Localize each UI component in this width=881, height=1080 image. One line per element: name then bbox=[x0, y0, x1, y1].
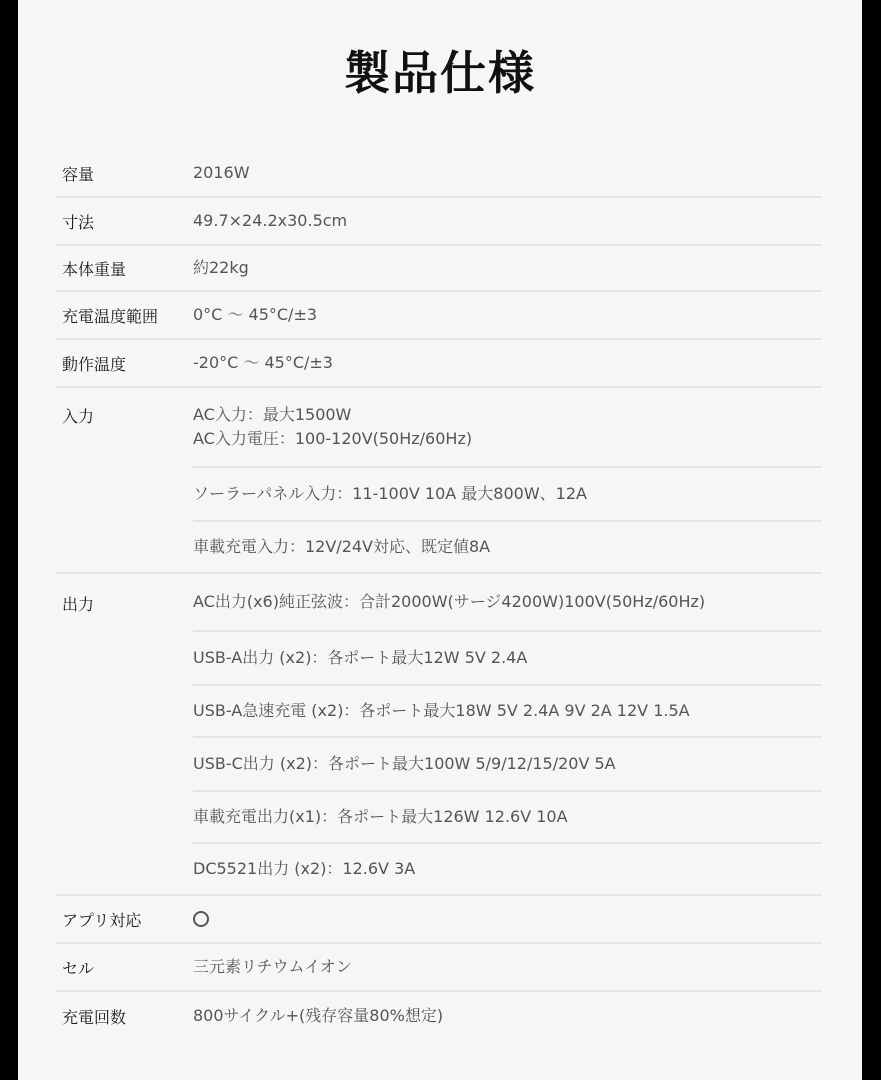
spec-value: USB-C出力 (x2)：各ポート最大100W 5/9/12/15/20V 5A bbox=[193, 752, 616, 776]
input-item: AC入力：最大1500W AC入力電圧：100-120V(50Hz/60Hz) bbox=[193, 388, 822, 468]
input-item: 車載充電入力：12V/24V対応、既定値8A bbox=[193, 522, 822, 572]
spec-label: 出力 bbox=[56, 574, 193, 894]
output-item: USB-A出力 (x2)：各ポート最大12W 5V 2.4A bbox=[193, 632, 822, 686]
spec-row-operating-temp: 動作温度 -20°C ～ 45°C/±3 bbox=[56, 340, 822, 388]
spec-value: ソーラーパネル入力：11-100V 10A 最大800W、12A bbox=[193, 482, 587, 506]
spec-value: 0°C ～ 45°C/±3 bbox=[193, 303, 822, 327]
spec-row-output: 出力 AC出力(x6)純正弦波：合計2000W(サージ4200W)100V(50… bbox=[56, 574, 822, 896]
spec-table: 容量 2016W 寸法 49.7×24.2x30.5cm 本体重量 約22kg … bbox=[56, 150, 822, 1040]
spec-label: 寸法 bbox=[56, 210, 193, 233]
spec-row-weight: 本体重量 約22kg bbox=[56, 246, 822, 292]
spec-value: 車載充電入力：12V/24V対応、既定値8A bbox=[193, 535, 490, 559]
spec-row-cycles: 充電回数 800サイクル+(残存容量80%想定) bbox=[56, 992, 822, 1040]
spec-label: 動作温度 bbox=[56, 352, 193, 375]
output-item: USB-A急速充電 (x2)：各ポート最大18W 5V 2.4A 9V 2A 1… bbox=[193, 686, 822, 738]
spec-value: AC入力電圧：100-120V(50Hz/60Hz) bbox=[193, 427, 822, 451]
spec-value: 約22kg bbox=[193, 256, 822, 280]
spec-label: アプリ対応 bbox=[56, 908, 193, 931]
spec-label: 容量 bbox=[56, 162, 193, 185]
spec-panel: 製品仕様 容量 2016W 寸法 49.7×24.2x30.5cm 本体重量 約… bbox=[18, 0, 862, 1080]
spec-value: DC5521出力 (x2)：12.6V 3A bbox=[193, 857, 415, 881]
spec-row-charge-temp: 充電温度範囲 0°C ～ 45°C/±3 bbox=[56, 292, 822, 340]
spec-value: AC入力：最大1500W bbox=[193, 403, 822, 427]
spec-value: 2016W bbox=[193, 161, 822, 185]
spec-value: USB-A出力 (x2)：各ポート最大12W 5V 2.4A bbox=[193, 646, 527, 670]
spec-label: 充電回数 bbox=[56, 1005, 193, 1028]
output-item: AC出力(x6)純正弦波：合計2000W(サージ4200W)100V(50Hz/… bbox=[193, 574, 822, 632]
spec-value: AC出力(x6)純正弦波：合計2000W(サージ4200W)100V(50Hz/… bbox=[193, 590, 705, 614]
circle-icon bbox=[193, 911, 209, 927]
spec-label: 入力 bbox=[56, 388, 193, 572]
spec-row-input: 入力 AC入力：最大1500W AC入力電圧：100-120V(50Hz/60H… bbox=[56, 388, 822, 574]
output-item: 車載充電出力(x1)：各ポート最大126W 12.6V 10A bbox=[193, 792, 822, 844]
spec-label: 充電温度範囲 bbox=[56, 304, 193, 327]
spec-row-app: アプリ対応 bbox=[56, 896, 822, 944]
spec-label: セル bbox=[56, 956, 193, 979]
spec-value: USB-A急速充電 (x2)：各ポート最大18W 5V 2.4A 9V 2A 1… bbox=[193, 699, 690, 723]
spec-row-cell: セル 三元素リチウムイオン bbox=[56, 944, 822, 992]
spec-value: 800サイクル+(残存容量80%想定) bbox=[193, 1004, 822, 1028]
spec-value: 三元素リチウムイオン bbox=[193, 955, 822, 979]
spec-value: 49.7×24.2x30.5cm bbox=[193, 209, 822, 233]
spec-row-dimensions: 寸法 49.7×24.2x30.5cm bbox=[56, 198, 822, 246]
spec-label: 本体重量 bbox=[56, 257, 193, 280]
page-title: 製品仕様 bbox=[18, 40, 862, 106]
input-item: ソーラーパネル入力：11-100V 10A 最大800W、12A bbox=[193, 468, 822, 522]
output-item: DC5521出力 (x2)：12.6V 3A bbox=[193, 844, 822, 894]
spec-row-capacity: 容量 2016W bbox=[56, 150, 822, 198]
spec-value: -20°C ～ 45°C/±3 bbox=[193, 351, 822, 375]
spec-value: 車載充電出力(x1)：各ポート最大126W 12.6V 10A bbox=[193, 805, 568, 829]
output-item: USB-C出力 (x2)：各ポート最大100W 5/9/12/15/20V 5A bbox=[193, 738, 822, 792]
